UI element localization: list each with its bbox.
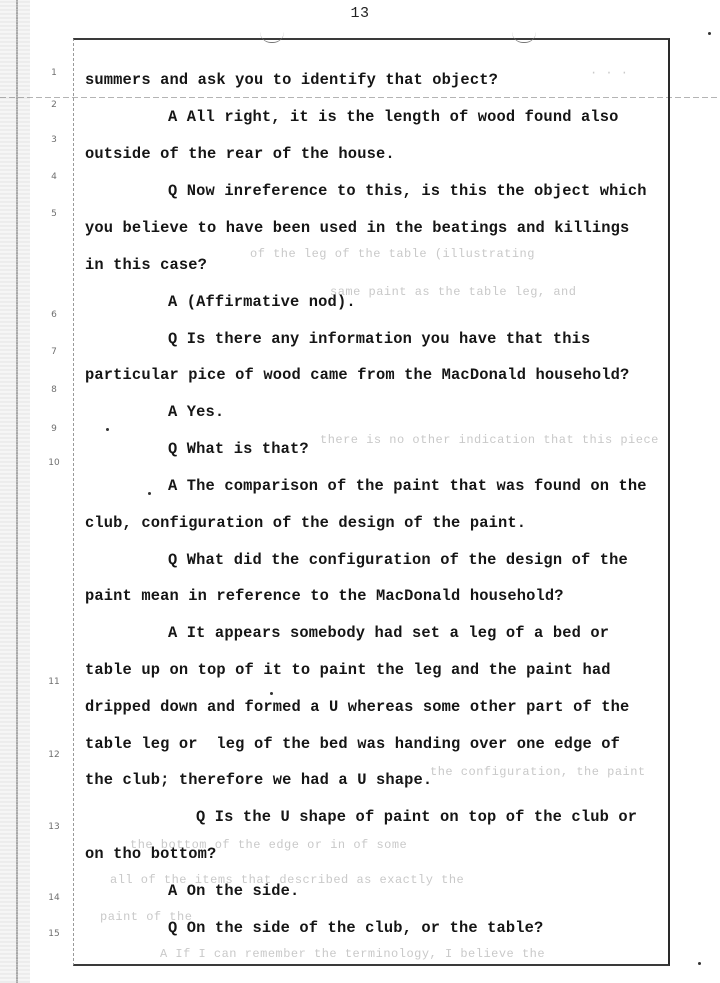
answer-line: A On the side. bbox=[168, 882, 299, 900]
answer-line: A All right, it is the length of wood fo… bbox=[168, 108, 619, 126]
transcript-line: particular pice of wood came from the Ma… bbox=[85, 366, 629, 384]
transcript-line: outside of the rear of the house. bbox=[85, 145, 395, 163]
transcript-line: table leg or leg of the bed was handing … bbox=[85, 735, 620, 753]
question-line: Q Now inreference to this, is this the o… bbox=[168, 182, 647, 200]
scan-speck bbox=[708, 32, 711, 35]
answer-line: A The comparison of the paint that was f… bbox=[168, 477, 647, 495]
scan-speck bbox=[698, 962, 701, 965]
answer-line: A (Affirmative nod). bbox=[168, 293, 356, 311]
answer-line: A Yes. bbox=[168, 403, 224, 421]
transcript-body: summers and ask you to identify that obj… bbox=[0, 0, 720, 983]
question-line: Q Is the U shape of paint on top of the … bbox=[196, 808, 637, 826]
transcript-line: dripped down and formed a U whereas some… bbox=[85, 698, 629, 716]
transcript-line: the club; therefore we had a U shape. bbox=[85, 771, 432, 789]
transcript-line: in this case? bbox=[85, 256, 207, 274]
transcript-line: table up on top of it to paint the leg a… bbox=[85, 661, 611, 679]
transcript-line: on tho bottom? bbox=[85, 845, 216, 863]
question-line: Q What is that? bbox=[168, 440, 309, 458]
scan-speck bbox=[270, 692, 273, 695]
transcript-line: paint mean in reference to the MacDonald… bbox=[85, 587, 564, 605]
transcript-line: you believe to have been used in the bea… bbox=[85, 219, 629, 237]
scan-speck bbox=[148, 492, 151, 495]
answer-line: A It appears somebody had set a leg of a… bbox=[168, 624, 609, 642]
scan-speck bbox=[106, 428, 109, 431]
transcript-line: club, configuration of the design of the… bbox=[85, 514, 526, 532]
question-line: Q Is there any information you have that… bbox=[168, 330, 590, 348]
question-line: Q What did the configuration of the desi… bbox=[168, 551, 628, 569]
transcript-line: summers and ask you to identify that obj… bbox=[85, 71, 498, 89]
question-line: Q On the side of the club, or the table? bbox=[168, 919, 543, 937]
